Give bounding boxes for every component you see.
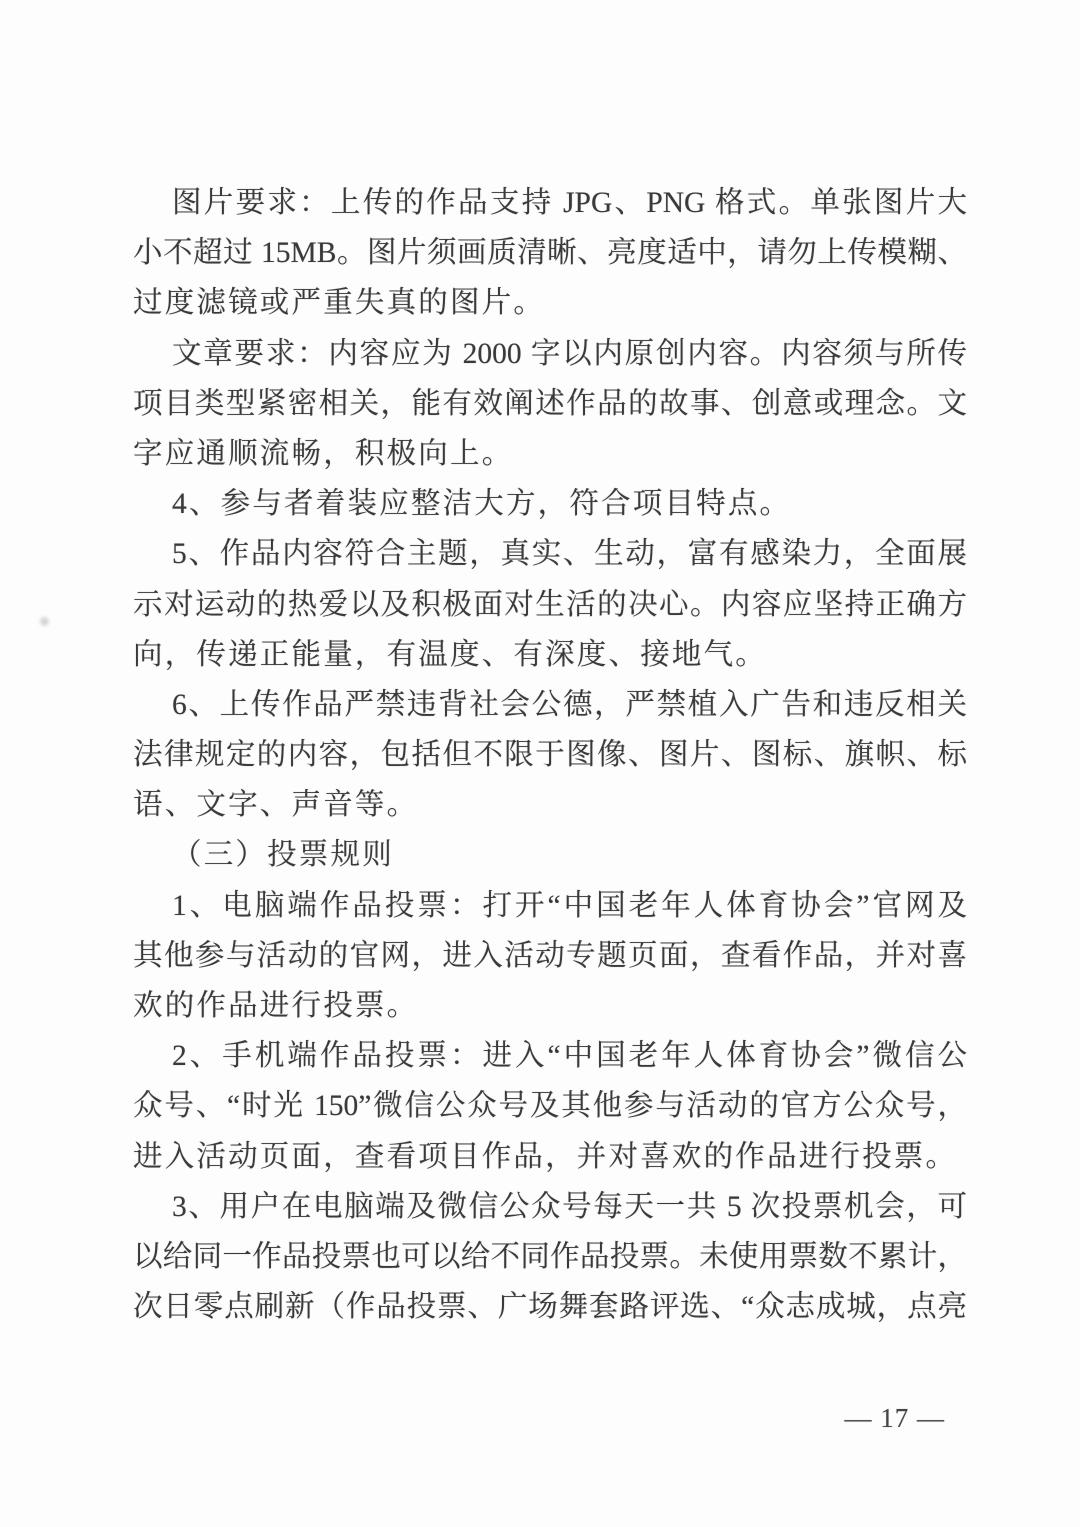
text-line: （三）投票规则 (133, 830, 967, 880)
text-line: 进入活动页面，查看项目作品，并对喜欢的作品进行投票。 (133, 1132, 967, 1182)
scan-artifact-dot (40, 617, 49, 626)
text-line: 4、参与者着装应整洁大方，符合项目特点。 (133, 479, 967, 529)
text-line: 6、上传作品严禁违背社会公德，严禁植入广告和违反相关 (133, 680, 967, 730)
text-line: 示对运动的热爱以及积极面对生活的决心。内容应坚持正确方 (133, 580, 967, 630)
text-line: 过度滤镜或严重失真的图片。 (133, 278, 967, 328)
text-line: 欢的作品进行投票。 (133, 981, 967, 1031)
text-line: 小不超过 15MB。图片须画质清晰、亮度适中，请勿上传模糊、 (133, 228, 967, 278)
text-line: 其他参与活动的官网，进入活动专题页面，查看作品，并对喜 (133, 931, 967, 981)
text-line: 次日零点刷新（作品投票、广场舞套路评选、“众志成城，点亮 (133, 1282, 967, 1332)
text-line: 向，传递正能量，有温度、有深度、接地气。 (133, 630, 967, 680)
text-line: 1、电脑端作品投票：打开“中国老年人体育协会”官网及 (133, 881, 967, 931)
text-line: 项目类型紧密相关，能有效阐述作品的故事、创意或理念。文 (133, 379, 967, 429)
text-line: 法律规定的内容，包括但不限于图像、图片、图标、旗帜、标 (133, 730, 967, 780)
text-line: 语、文字、声音等。 (133, 780, 967, 830)
text-line: 众号、“时光 150”微信公众号及其他参与活动的官方公众号， (133, 1081, 967, 1131)
text-line: 3、用户在电脑端及微信公众号每天一共 5 次投票机会，可 (133, 1182, 967, 1232)
document-page: 图片要求：上传的作品支持 JPG、PNG 格式。单张图片大小不超过 15MB。图… (0, 0, 1080, 1527)
text-line: 图片要求：上传的作品支持 JPG、PNG 格式。单张图片大 (133, 178, 967, 228)
text-line: 文章要求：内容应为 2000 字以内原创内容。内容须与所传 (133, 329, 967, 379)
text-line: 以给同一作品投票也可以给不同作品投票。未使用票数不累计， (133, 1232, 967, 1282)
page-number: — 17 — (845, 1400, 946, 1436)
text-line: 2、手机端作品投票：进入“中国老年人体育协会”微信公 (133, 1031, 967, 1081)
text-line: 5、作品内容符合主题，真实、生动，富有感染力，全面展 (133, 529, 967, 579)
document-body: 图片要求：上传的作品支持 JPG、PNG 格式。单张图片大小不超过 15MB。图… (133, 178, 967, 1332)
text-line: 字应通顺流畅，积极向上。 (133, 429, 967, 479)
